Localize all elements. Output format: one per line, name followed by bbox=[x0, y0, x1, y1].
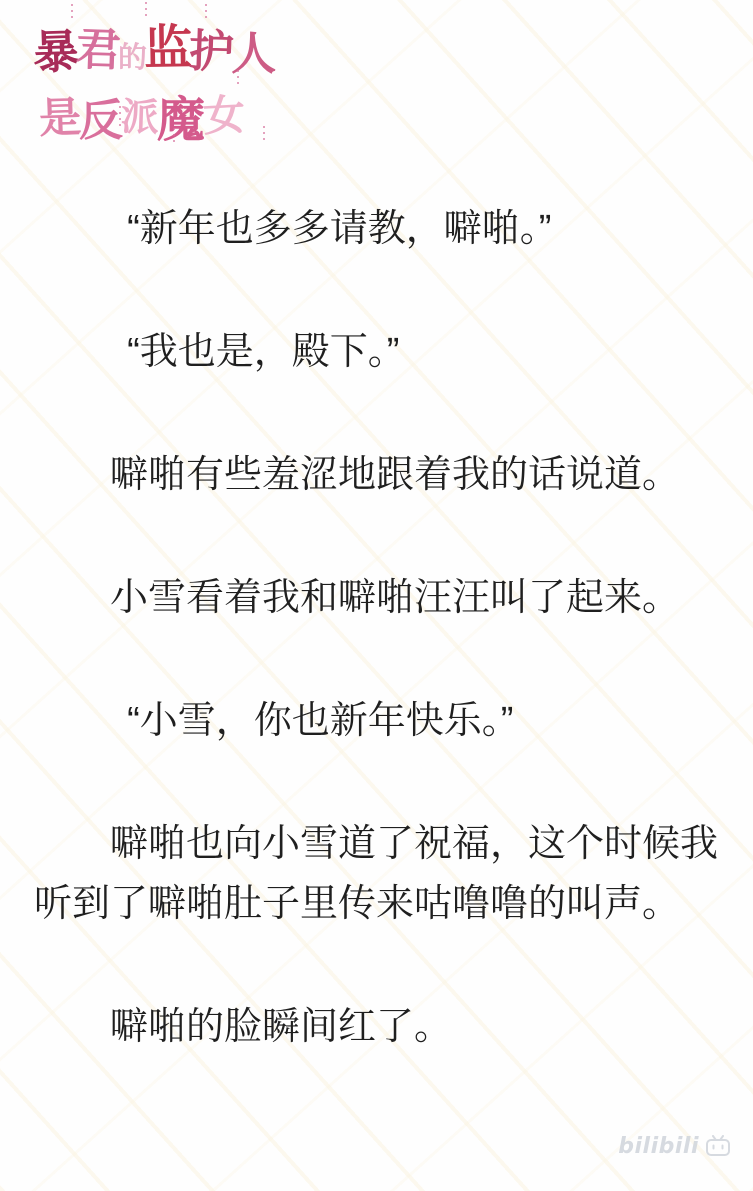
bilibili-wordmark: bilibili bbox=[618, 1134, 699, 1159]
logo-dotted-decoration bbox=[119, 106, 121, 128]
text-line: 听到了噼啪肚子里传来咕噜噜的叫声。 bbox=[34, 874, 719, 934]
paragraph-narration: 小雪看着我和噼啪汪汪叫了起来。 bbox=[34, 568, 719, 628]
logo-char: 护 bbox=[188, 14, 232, 80]
logo-char: 君 bbox=[75, 12, 119, 78]
paragraph-narration: 噼啪也向小雪道了祝福，这个时候我 听到了噼啪肚子里传来咕噜噜的叫声。 bbox=[34, 814, 719, 934]
story-text: “新年也多多请教，噼啪。” “我也是，殿下。” 噼啪有些羞涩地跟着我的话说道。 … bbox=[0, 0, 753, 1120]
logo-char: 监 bbox=[143, 9, 189, 79]
paragraph-dialogue: “小雪，你也新年快乐。” bbox=[34, 691, 719, 751]
logo-char: 反 bbox=[79, 84, 121, 148]
text-line: “小雪，你也新年快乐。” bbox=[34, 691, 719, 751]
logo-char: 女 bbox=[202, 81, 245, 143]
text-line: 噼啪的脸瞬间红了。 bbox=[34, 997, 719, 1057]
paragraph-dialogue: “新年也多多请教，噼啪。” bbox=[34, 199, 719, 259]
logo-dotted-decoration bbox=[237, 70, 239, 84]
logo-dotted-decoration bbox=[71, 4, 73, 18]
series-title-logo: 暴 君 的 监 护 人 是 反 派 魔 女 bbox=[33, 10, 293, 145]
logo-dotted-decoration bbox=[173, 128, 175, 144]
bilibili-tv-icon bbox=[705, 1135, 731, 1157]
logo-char: 是 bbox=[38, 84, 80, 145]
bilibili-watermark: bilibili bbox=[618, 1134, 731, 1159]
logo-char: 魔 bbox=[157, 81, 203, 150]
text-line: 小雪看着我和噼啪汪汪叫了起来。 bbox=[34, 568, 719, 628]
logo-dotted-decoration bbox=[205, 4, 207, 18]
text-line: “我也是，殿下。” bbox=[34, 322, 719, 382]
logo-dotted-decoration bbox=[145, 2, 147, 18]
logo-char: 暴 bbox=[32, 15, 77, 82]
paragraph-narration: 噼啪的脸瞬间红了。 bbox=[34, 997, 719, 1057]
logo-dotted-decoration bbox=[263, 126, 265, 142]
logo-char: 派 bbox=[120, 85, 158, 141]
paragraph-narration: 噼啪有些羞涩地跟着我的话说道。 bbox=[34, 445, 719, 505]
series-title-line2: 是 反 派 魔 女 bbox=[39, 80, 243, 149]
text-line: 噼啪有些羞涩地跟着我的话说道。 bbox=[34, 445, 719, 505]
logo-char: 的 bbox=[118, 35, 144, 76]
text-line: 噼啪也向小雪道了祝福，这个时候我 bbox=[34, 814, 719, 874]
text-line: “新年也多多请教，噼啪。” bbox=[34, 199, 719, 259]
paragraph-dialogue: “我也是，殿下。” bbox=[34, 322, 719, 382]
